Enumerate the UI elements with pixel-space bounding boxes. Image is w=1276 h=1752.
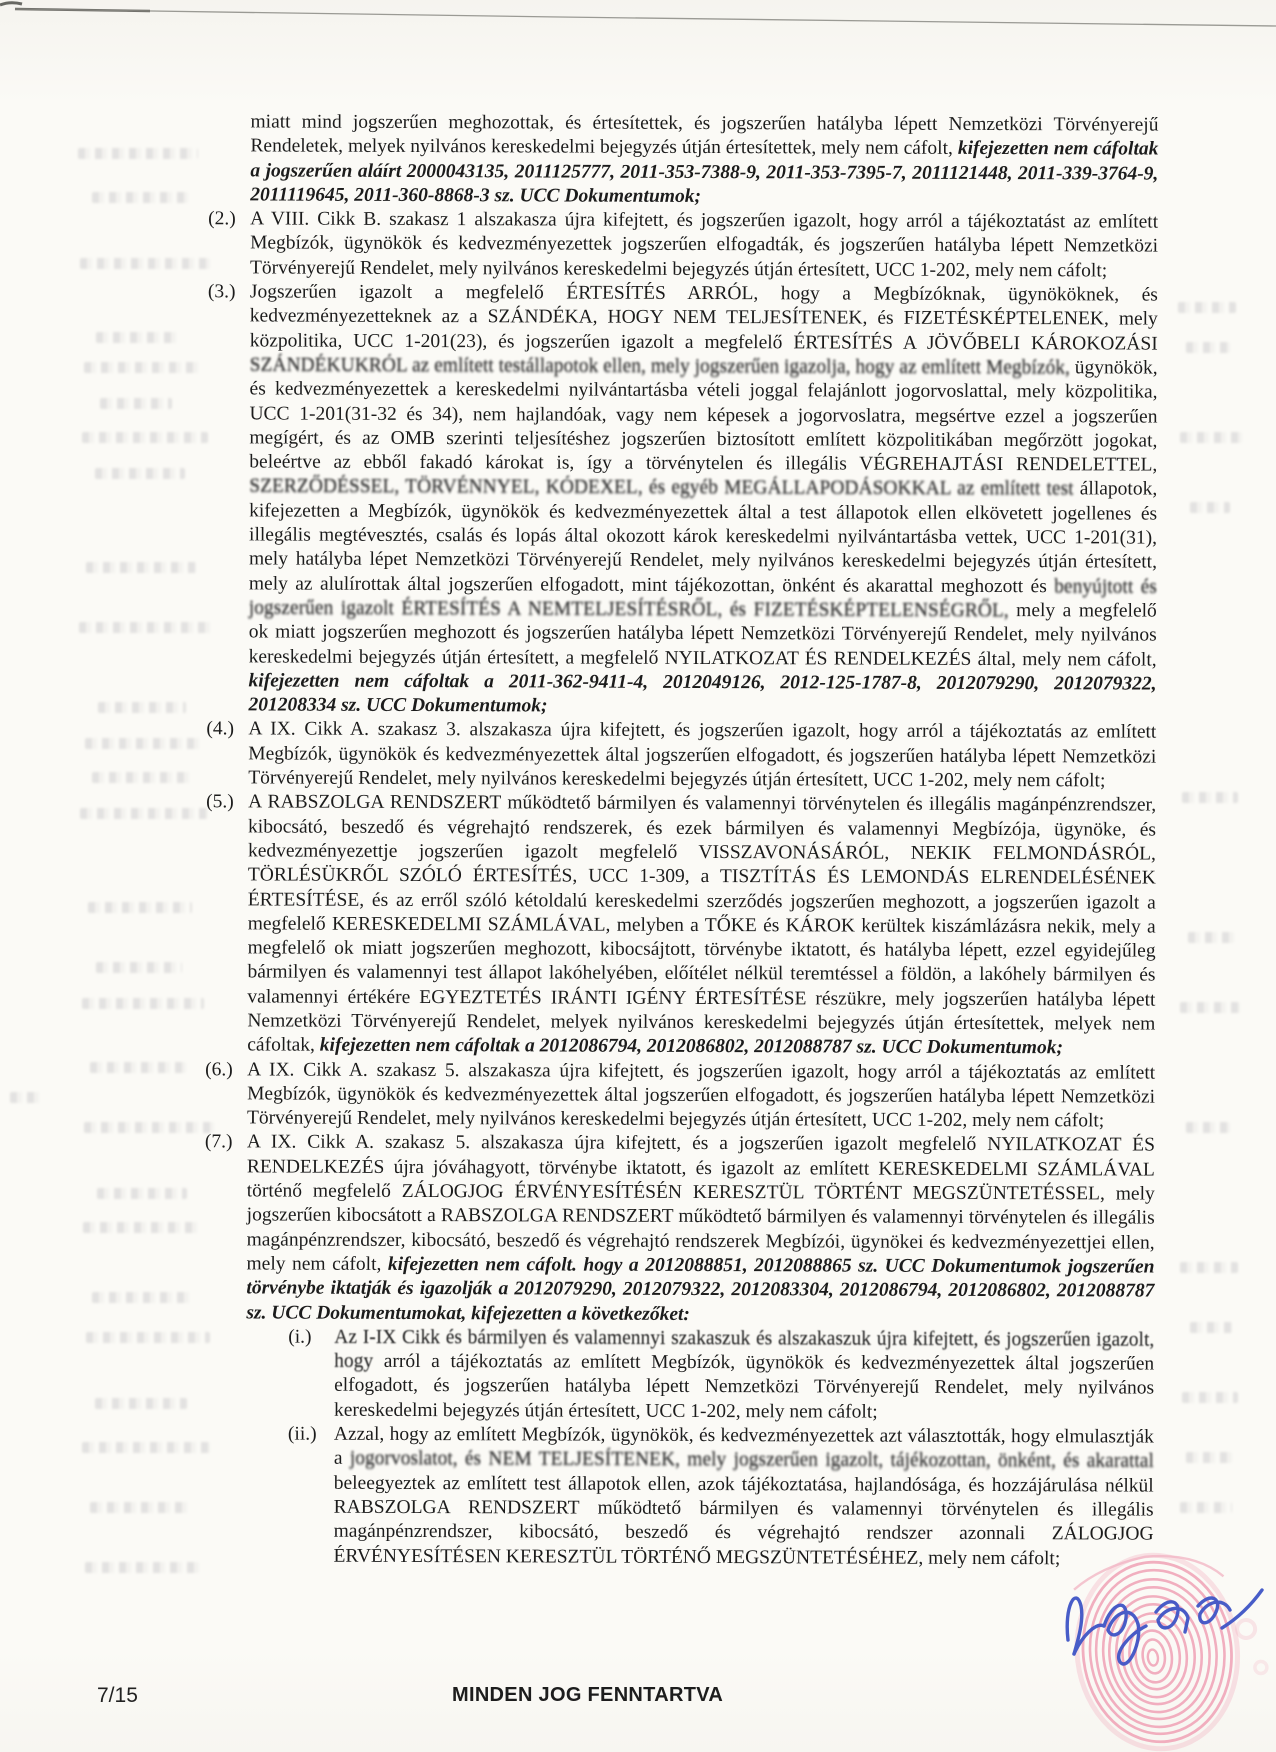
bleed-through-artifact	[85, 738, 201, 749]
bleed-through-artifact	[80, 258, 210, 269]
bleed-through-artifact	[1188, 932, 1234, 943]
page-number: 7/15	[97, 1684, 138, 1708]
body-text: A VIII. Cikk B. szakasz 1 alszakasza újr…	[250, 209, 1158, 282]
bleed-through-artifact	[1182, 792, 1238, 803]
paragraph: (7.)A IX. Cikk A. szakasz 5. alszakasza …	[246, 1131, 1155, 1329]
bleed-through-artifact	[78, 148, 198, 159]
paragraph: (5.)A RABSZOLGA RENDSZERT működtető bárm…	[247, 791, 1156, 1061]
bleed-through-artifact	[96, 962, 182, 973]
document-body: miatt mind jogszerűen meghozottak, és ér…	[245, 110, 1158, 1571]
emphasized-text: kifejezetten nem cáfoltak a 2011-362-941…	[248, 670, 1156, 716]
bleed-through-artifact	[1182, 1392, 1238, 1403]
paragraph-marker: (ii.)	[288, 1423, 332, 1447]
bleed-through-artifact	[100, 398, 172, 409]
paragraph: miatt mind jogszerűen meghozottak, és ér…	[250, 110, 1158, 210]
bleed-through-artifact	[92, 192, 188, 203]
bleed-through-artifact	[1180, 1002, 1240, 1013]
bleed-through-artifact	[90, 1502, 192, 1513]
bleed-through-artifact	[97, 1188, 187, 1199]
bleed-through-artifact	[96, 332, 180, 343]
paragraph-marker: (2.)	[208, 207, 248, 231]
bleed-through-artifact	[83, 1222, 201, 1233]
body-text: arról a tájékoztatás az említett Megbízó…	[334, 1351, 1154, 1422]
paragraph: (ii.)Azzal, hogy az említett Megbízók, ü…	[333, 1423, 1154, 1572]
bleed-through-artifact	[1186, 1452, 1232, 1463]
scan-edge-artifact	[0, 0, 1276, 40]
bleed-through-artifact	[1178, 302, 1236, 313]
bleed-through-artifact	[1180, 1502, 1232, 1513]
bleed-through-artifact	[88, 902, 192, 913]
rights-notice: MINDEN JOG FENNTARTVA	[452, 1684, 723, 1707]
bleed-through-artifact	[95, 1398, 187, 1409]
body-text: A IX. Cikk A. szakasz 5. alszakasza újra…	[246, 1132, 1154, 1275]
bleed-through-artifact	[82, 998, 204, 1009]
bleed-through-artifact	[90, 1062, 186, 1073]
body-text: A RABSZOLGA RENDSZERT működtető bármilye…	[247, 792, 1156, 1056]
bleed-through-artifact	[1190, 1322, 1232, 1333]
bleed-through-artifact	[1180, 432, 1242, 443]
bleed-through-artifact	[92, 1292, 192, 1303]
body-text: Jogszerűen igazolt a megfelelő ÉRTESÍTÉS…	[250, 281, 1158, 354]
bleed-through-artifact	[92, 772, 192, 783]
paragraph-marker: (4.)	[206, 718, 246, 742]
bleed-through-artifact	[95, 468, 185, 479]
body-text: SZÁNDÉKUKRÓL az említett testállapotok e…	[250, 354, 1075, 378]
bleed-through-artifact	[1180, 1262, 1238, 1273]
paragraph-marker: (7.)	[205, 1131, 245, 1155]
body-text: A IX. Cikk A. szakasz 5. alszakasza újra…	[247, 1059, 1155, 1132]
emphasized-text: kifejezetten nem cáfoltak a 2012086794, …	[320, 1035, 1063, 1059]
bleed-through-artifact	[1186, 342, 1230, 353]
body-text: beleegyeztek az említett test állapotok …	[333, 1472, 1153, 1568]
bleed-through-artifact	[79, 622, 213, 633]
bleed-through-artifact	[82, 432, 208, 443]
bleed-through-artifact	[98, 702, 186, 713]
body-text: A IX. Cikk A. szakasz 3. alszakasza újra…	[248, 719, 1156, 792]
paragraph: (3.)Jogszerűen igazolt a megfelelő ÉRTES…	[248, 280, 1158, 721]
paragraph-marker: (i.)	[288, 1325, 332, 1349]
bleed-through-artifact	[84, 1122, 214, 1133]
bleed-through-artifact	[10, 1092, 44, 1103]
paragraph: (4.)A IX. Cikk A. szakasz 3. alszakasza …	[248, 718, 1156, 794]
body-text: SZERZŐDÉSSEL, TÖRVÉNNYEL, KÓDEXEL, és eg…	[249, 476, 1080, 500]
paragraph: (6.)A IX. Cikk A. szakasz 5. alszakasza …	[247, 1058, 1155, 1134]
paragraph-marker: (6.)	[205, 1058, 245, 1082]
scanned-document-page: { "footer": { "page_number": "7/15", "ri…	[0, 0, 1276, 1752]
bleed-through-artifact	[1186, 1122, 1230, 1133]
paragraph-marker: (3.)	[208, 280, 248, 304]
bleed-through-artifact	[82, 1442, 210, 1453]
bleed-through-artifact	[1190, 502, 1230, 513]
bleed-through-artifact	[85, 1562, 199, 1573]
bleed-through-artifact	[86, 1332, 210, 1343]
paragraph: (i.)Az I-IX Cikk és bármilyen és valamen…	[334, 1326, 1154, 1426]
bleed-through-artifact	[86, 562, 196, 573]
bleed-through-artifact	[84, 362, 202, 373]
fingerprint-stamp	[1052, 1540, 1276, 1752]
paragraph-marker: (5.)	[206, 791, 246, 815]
body-text: jogorvoslatot, és NEM TELJESÍTENEK, mely…	[350, 1448, 1154, 1472]
bleed-through-artifact	[80, 808, 208, 819]
paragraph: (2.)A VIII. Cikk B. szakasz 1 alszakasza…	[250, 208, 1158, 284]
